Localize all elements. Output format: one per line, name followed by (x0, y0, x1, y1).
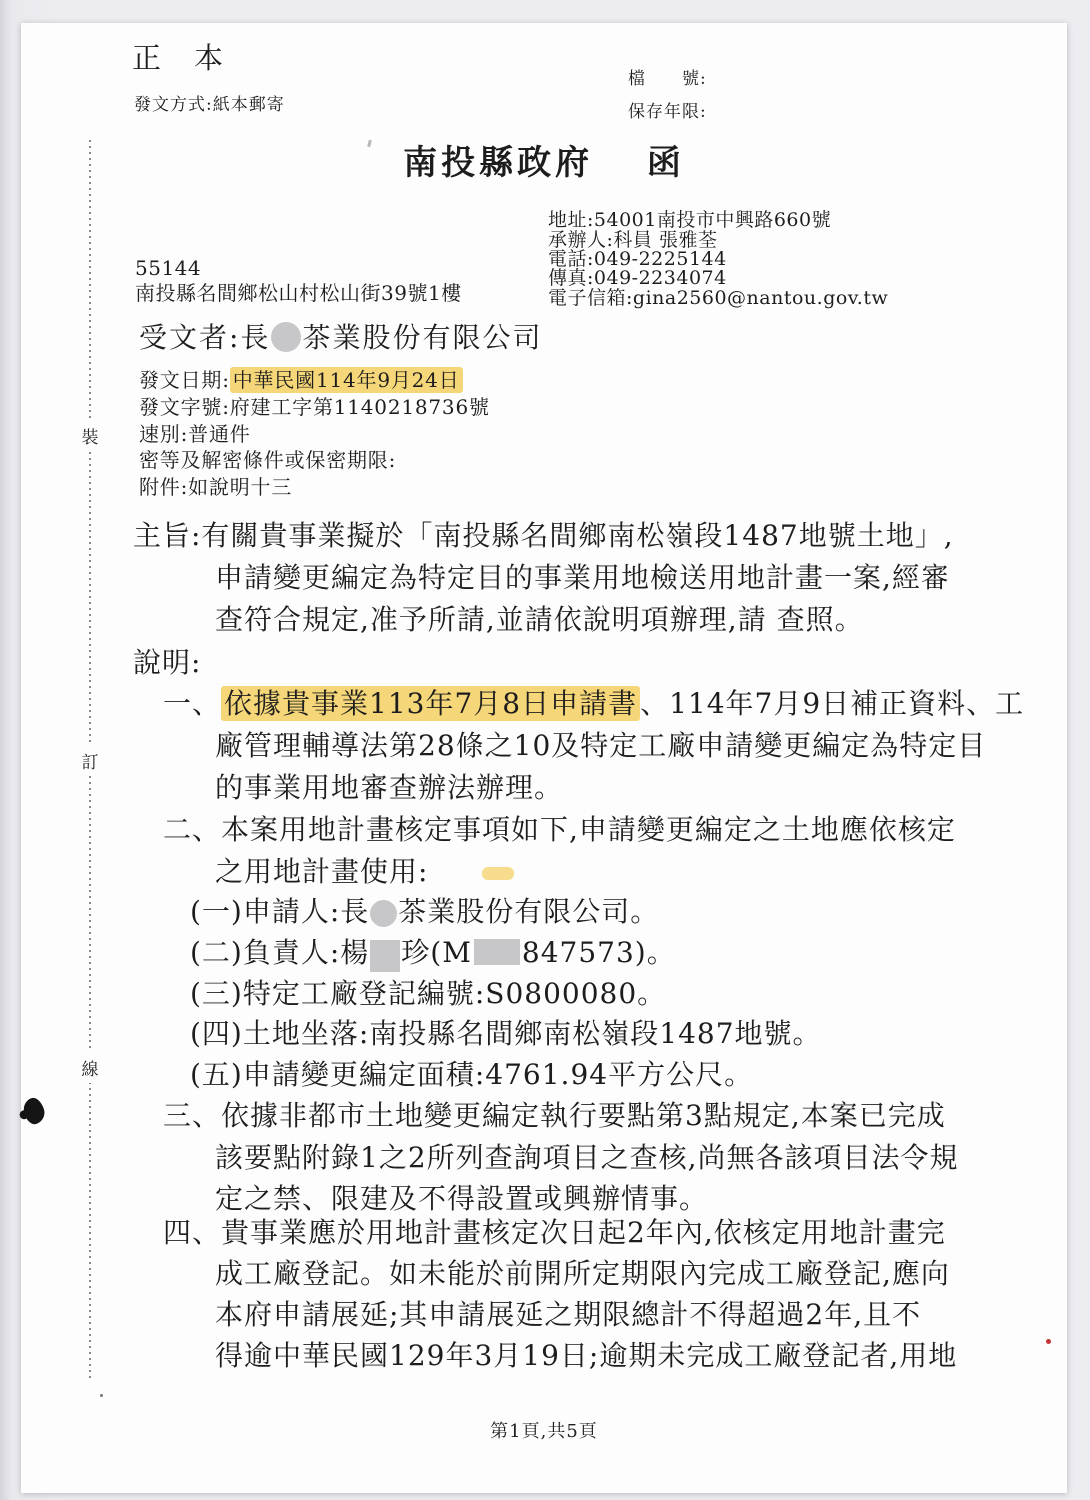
item-1-line-1-rest: 、114年7月9日補正資料、工 (640, 687, 1024, 720)
recipient-address: 南投縣名間鄉松山村松山街39號1樓 (135, 282, 462, 305)
margin-mark-thread: 線 (78, 1052, 102, 1083)
redaction-box-id (474, 939, 520, 965)
explanation-item-3-line-1: 三、依據非都市土地變更編定執行要點第3點規定,本案已完成 (163, 1100, 946, 1132)
sub-2-part-1: (二)負責人:楊 (190, 936, 369, 969)
explanation-item-4-line-2: 成工廠登記。如未能於前開所定期限內完成工廠登記,應向 (215, 1258, 950, 1290)
redaction-circle (271, 322, 301, 352)
retention-period-label: 保存年限: (628, 103, 707, 123)
redaction-box-name (370, 940, 400, 972)
sub-2-part-2: 珍(M (401, 936, 472, 969)
delivery-method: 發文方式:紙本郵寄 (134, 96, 285, 116)
attachment-line: 附件:如說明十三 (139, 476, 292, 499)
explanation-item-4-line-1: 四、貴事業應於用地計畫核定次日起2年內,依核定用地計畫完 (163, 1217, 946, 1249)
scanned-document-page: 裝 訂 線 正 本 發文方式:紙本郵寄 檔 號: 保存年限: 南投縣政府 函 地… (0, 0, 1090, 1500)
sender-address: 地址:54001南投市中興路660號 (548, 211, 831, 231)
explanation-item-4-line-4: 得逾中華民國129年3月19日;逾期未完成工廠登記者,用地 (215, 1340, 957, 1372)
copy-type-label: 正 本 (132, 42, 225, 75)
explanation-item-1-line-2: 廠管理輔導法第28條之10及特定工廠申請變更編定為特定目 (215, 730, 986, 762)
subject-line-1: 主旨:有關貴事業擬於「南投縣名間鄉南松嶺段1487地號土地」, (133, 520, 954, 552)
subject-line-3: 查符合規定,准予所請,並請依說明項辦理,請 查照。 (215, 604, 864, 636)
item-2-sub-2: (二)負責人:楊珍(M847573)。 (190, 937, 676, 972)
page-number-footer: 第1頁,共5頁 (21, 1422, 1067, 1443)
explanation-item-4-line-3: 本府申請展延;其申請展延之期限總計不得超過2年,且不 (215, 1299, 921, 1331)
item-2-number: 二、 (163, 813, 221, 846)
margin-mark-binding: 裝 (78, 420, 102, 451)
item-2-sub-1: (一)申請人:長茶業股份有限公司。 (190, 896, 659, 928)
margin-mark-staple: 訂 (78, 745, 102, 776)
red-dot-artifact (1046, 1339, 1051, 1344)
redaction-circle-applicant (370, 900, 397, 927)
explanation-item-2-line-1: 二、本案用地計畫核定事項如下,申請變更編定之土地應依核定 (163, 814, 956, 846)
small-highlight-mark (482, 867, 514, 880)
item-2-sub-3: (三)特定工廠登記編號:S0800080。 (190, 978, 666, 1010)
recipient-prefix: 受文者:長 (139, 321, 270, 354)
explanation-heading: 說明: (133, 647, 201, 679)
item-4-number: 四、 (163, 1216, 221, 1249)
sender-fax: 傳真:049-2234074 (548, 269, 727, 289)
sub-1-prefix: (一)申請人:長 (190, 895, 369, 928)
recipient-suffix: 茶業股份有限公司 (302, 321, 542, 354)
explanation-item-1-line-1: 一、依據貴事業113年7月8日申請書、114年7月9日補正資料、工 (163, 688, 1024, 720)
item-3-line-1-text: 依據非都市土地變更編定執行要點第3點規定,本案已完成 (221, 1099, 946, 1132)
item-2-line-1-text: 本案用地計畫核定事項如下,申請變更編定之土地應依核定 (221, 813, 956, 846)
explanation-item-1-line-3: 的事業用地審查辦法辦理。 (215, 772, 563, 804)
explanation-item-3-line-3: 定之禁、限建及不得設置或興辦情事。 (215, 1183, 708, 1215)
file-number-label: 檔 號: (628, 70, 707, 90)
scan-speck-small (100, 1394, 103, 1397)
sub-1-suffix: 茶業股份有限公司。 (398, 895, 659, 928)
explanation-item-3-line-2: 該要點附錄1之2所列查詢項目之查核,尚無各該項目法令規 (215, 1142, 959, 1174)
item-3-number: 三、 (163, 1099, 221, 1132)
subject-line-2: 申請變更編定為特定目的事業用地檢送用地計畫一案,經審 (215, 562, 950, 594)
item-1-highlighted-text: 依據貴事業113年7月8日申請書 (221, 686, 640, 721)
issue-date-value-highlighted: 中華民國114年9月24日 (230, 367, 463, 393)
doc-number-line: 發文字號:府建工字第1140218736號 (139, 396, 490, 419)
item-2-sub-4: (四)土地坐落:南投縣名間鄉南松嶺段1487地號。 (190, 1018, 822, 1050)
security-class-line: 密等及解密條件或保密期限: (139, 449, 396, 472)
item-4-line-1-text: 貴事業應於用地計畫核定次日起2年內,依核定用地計畫完 (221, 1216, 946, 1249)
issue-date-line: 發文日期:中華民國114年9月24日 (139, 369, 463, 392)
sender-email: 電子信箱:gina2560@nantou.gov.tw (548, 289, 888, 309)
item-1-number: 一、 (163, 687, 221, 720)
recipient-zip: 55144 (135, 257, 201, 280)
document-title: 南投縣政府 函 (21, 144, 1067, 183)
issue-date-label: 發文日期: (139, 368, 230, 392)
speed-class-line: 速別:普通件 (139, 423, 251, 446)
sub-2-part-3: 847573)。 (522, 936, 676, 969)
explanation-item-2-line-2: 之用地計畫使用: (215, 856, 428, 888)
item-2-sub-5: (五)申請變更編定面積:4761.94平方公尺。 (190, 1059, 753, 1091)
recipient-line: 受文者:長茶業股份有限公司 (139, 322, 542, 354)
